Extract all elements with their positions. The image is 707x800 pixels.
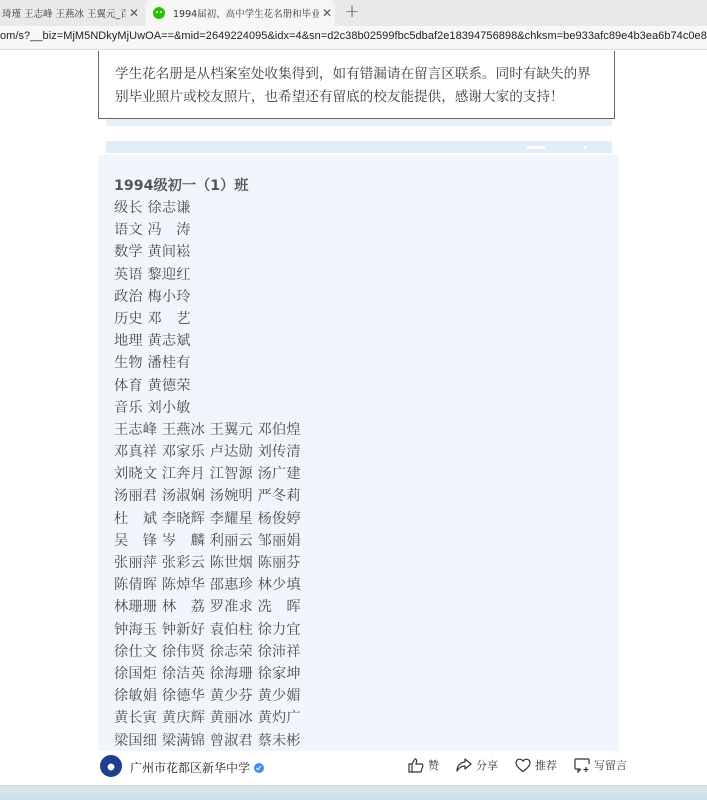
thumbs-up-icon bbox=[408, 758, 424, 773]
school-logo-avatar[interactable] bbox=[100, 755, 122, 777]
divider-band bbox=[106, 119, 612, 126]
share-icon bbox=[456, 758, 472, 773]
write-comment-label: 写留言 bbox=[594, 757, 627, 773]
image-placeholder-band bbox=[106, 141, 612, 153]
address-bar[interactable]: om/s?__biz=MjM5NDkyMjUwOA==&mid=26492240… bbox=[0, 26, 707, 50]
account-name-link[interactable]: 广州市花都区新华中学 bbox=[130, 759, 264, 776]
student-row: 汤丽君 汤淑娴 汤婉明 严冬莉 bbox=[114, 485, 619, 507]
browser-tab-bar: 琦瑾 王志峰 王燕冰 王翼元_百度 ✕ 1994届初、高中学生花名册和毕业 ✕ … bbox=[0, 0, 707, 26]
wechat-icon bbox=[153, 7, 165, 19]
comment-icon bbox=[574, 758, 590, 773]
student-row: 钟海玉 钟新好 袁伯柱 徐力宜 bbox=[114, 619, 619, 641]
student-row: 刘晓文 江奔月 江智源 汤广建 bbox=[114, 463, 619, 485]
teacher-row: 级长 徐志谦 bbox=[114, 197, 619, 219]
student-row: 梁国细 梁满锦 曾淑君 蔡未彬 bbox=[114, 730, 619, 752]
teacher-row: 语文 冯 涛 bbox=[114, 219, 619, 241]
student-row: 王志峰 王燕冰 王翼元 邓伯煌 bbox=[114, 419, 619, 441]
like-button[interactable]: 赞 bbox=[408, 757, 439, 773]
notice-box: 学生花名册是从档案室处收集得到，如有错漏请在留言区联系。同时有缺失的界别毕业照片… bbox=[98, 51, 615, 119]
placeholder-dash bbox=[527, 146, 545, 149]
recommend-label: 推荐 bbox=[535, 757, 557, 773]
teacher-row: 英语 黎迎红 bbox=[114, 264, 619, 286]
like-label: 赞 bbox=[428, 757, 439, 773]
teacher-row: 数学 黄间崧 bbox=[114, 241, 619, 263]
student-row: 黄长寅 黄庆辉 黄丽冰 黄灼广 bbox=[114, 707, 619, 729]
tab-title: 1994届初、高中学生花名册和毕业 bbox=[173, 6, 319, 20]
teacher-row: 体育 黄德荣 bbox=[114, 375, 619, 397]
placeholder-dot bbox=[584, 146, 587, 149]
student-row: 张丽萍 张彩云 陈世烟 陈丽芬 bbox=[114, 552, 619, 574]
student-row: 邓真祥 邓家乐 卢达勋 刘传清 bbox=[114, 441, 619, 463]
roster-section: 1994级初一（1）班 级长 徐志谦 语文 冯 涛 数学 黄间崧 英语 黎迎红 … bbox=[98, 155, 619, 751]
url-text[interactable]: om/s?__biz=MjM5NDkyMjUwOA==&mid=26492240… bbox=[0, 30, 707, 42]
action-buttons: 赞 分享 推荐 写留言 bbox=[408, 757, 644, 773]
student-row: 杜 斌 李晓辉 李耀星 杨俊婷 bbox=[114, 508, 619, 530]
tab-title: 琦瑾 王志峰 王燕冰 王翼元_百度 bbox=[2, 6, 126, 20]
close-tab-icon[interactable]: ✕ bbox=[126, 6, 142, 20]
class-title: 1994级初一（1）班 bbox=[114, 175, 619, 197]
new-tab-button[interactable]: + bbox=[342, 2, 362, 24]
student-row: 陈倩晖 陈焯华 邵惠珍 林少填 bbox=[114, 574, 619, 596]
teacher-list: 级长 徐志谦 语文 冯 涛 数学 黄间崧 英语 黎迎红 政治 梅小玲 历史 邓 … bbox=[114, 197, 619, 419]
student-row: 徐敏娟 徐德华 黄少芬 黄少媚 bbox=[114, 685, 619, 707]
share-label: 分享 bbox=[476, 757, 498, 773]
teacher-row: 政治 梅小玲 bbox=[114, 286, 619, 308]
recommend-button[interactable]: 推荐 bbox=[515, 757, 557, 773]
share-button[interactable]: 分享 bbox=[456, 757, 498, 773]
os-taskbar bbox=[0, 785, 707, 800]
heart-icon bbox=[515, 758, 531, 773]
student-row: 吴 锋 岑 麟 利丽云 邹丽娟 bbox=[114, 530, 619, 552]
browser-tab-baidu[interactable]: 琦瑾 王志峰 王燕冰 王翼元_百度 ✕ bbox=[0, 0, 142, 26]
browser-tab-article[interactable]: 1994届初、高中学生花名册和毕业 ✕ bbox=[145, 0, 335, 26]
teacher-row: 生物 潘桂有 bbox=[114, 352, 619, 374]
student-row: 徐国炬 徐洁英 徐海珊 徐家坤 bbox=[114, 663, 619, 685]
student-list: 王志峰 王燕冰 王翼元 邓伯煌 邓真祥 邓家乐 卢达勋 刘传清 刘晓文 江奔月 … bbox=[114, 419, 619, 751]
student-row: 林珊珊 林 荔 罗准求 冼 晖 bbox=[114, 596, 619, 618]
article-action-bar: 广州市花都区新华中学 赞 分享 推荐 写留言 bbox=[0, 751, 707, 785]
article-page: 学生花名册是从档案室处收集得到，如有错漏请在留言区联系。同时有缺失的界别毕业照片… bbox=[0, 51, 707, 751]
student-row: 徐仕文 徐伟贤 徐志荣 徐沛祥 bbox=[114, 641, 619, 663]
teacher-row: 历史 邓 艺 bbox=[114, 308, 619, 330]
write-comment-button[interactable]: 写留言 bbox=[574, 757, 627, 773]
teacher-row: 地理 黄志斌 bbox=[114, 330, 619, 352]
notice-text: 学生花名册是从档案室处收集得到，如有错漏请在留言区联系。同时有缺失的界别毕业照片… bbox=[115, 66, 591, 105]
account-name: 广州市花都区新华中学 bbox=[130, 761, 250, 775]
verified-badge-icon bbox=[254, 763, 264, 773]
close-tab-icon[interactable]: ✕ bbox=[319, 6, 335, 20]
teacher-row: 音乐 刘小敏 bbox=[114, 397, 619, 419]
